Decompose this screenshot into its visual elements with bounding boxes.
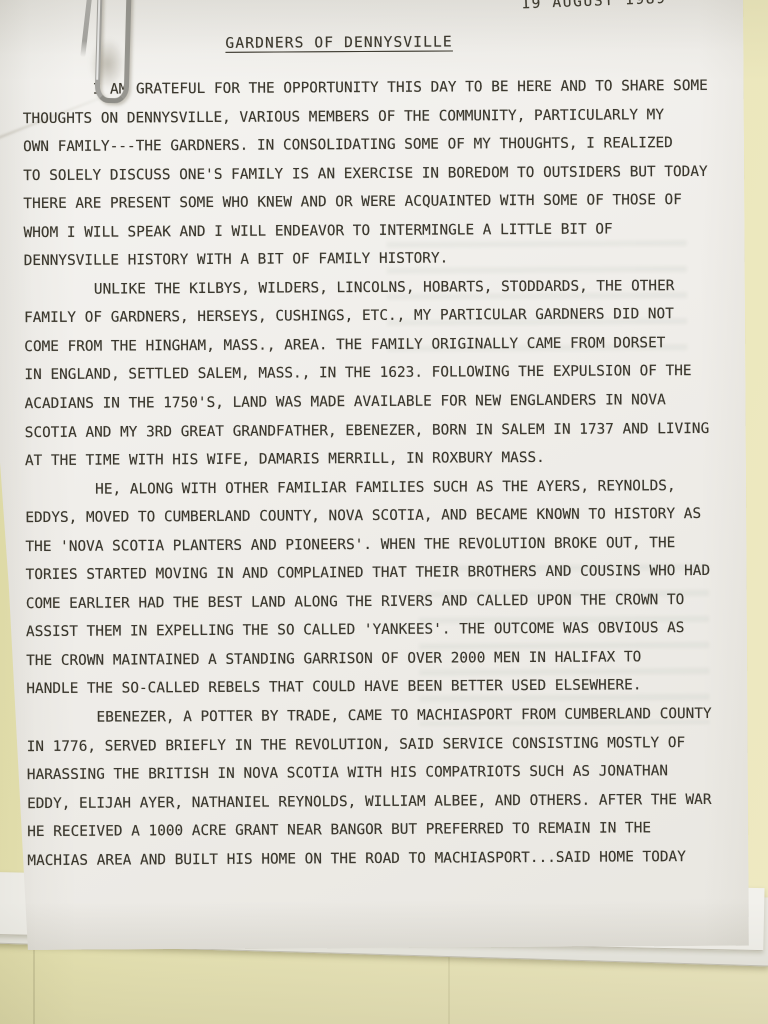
typed-line: IN ENGLAND, SETTLED SALEM, MASS., IN THE… bbox=[24, 357, 730, 390]
typed-line: OWN FAMILY---THE GARDNERS. IN CONSOLIDAT… bbox=[23, 129, 729, 162]
photo-of-document: 19 AUGUST 1989 GARDNERS OF DENNYSVILLE I… bbox=[0, 0, 768, 1024]
document-body: I AM GRATEFUL FOR THE OPPORTUNITY THIS D… bbox=[23, 72, 734, 876]
paragraph: HE, ALONG WITH OTHER FAMILIAR FAMILIES S… bbox=[25, 471, 732, 704]
typed-line: HANDLE THE SO-CALLED REBELS THAT COULD H… bbox=[26, 671, 732, 704]
typed-line: THE 'NOVA SCOTIA PLANTERS AND PIONEERS'.… bbox=[25, 529, 731, 562]
typed-line: EDDY, ELIJAH AYER, NATHANIEL REYNOLDS, W… bbox=[27, 785, 733, 818]
typed-line: ASSIST THEM IN EXPELLING THE SO CALLED '… bbox=[26, 614, 732, 647]
typed-line: HE RECEIVED A 1000 ACRE GRANT NEAR BANGO… bbox=[27, 814, 733, 847]
typed-line: EDDYS, MOVED TO CUMBERLAND COUNTY, NOVA … bbox=[25, 500, 731, 533]
typed-line: DENNYSVILLE HISTORY WITH A BIT OF FAMILY… bbox=[24, 243, 730, 276]
paperclip-inner-loop bbox=[95, 0, 132, 104]
typed-line: ACADIANS IN THE 1750'S, LAND WAS MADE AV… bbox=[25, 386, 731, 419]
typed-line: COME FROM THE HINGHAM, MASS., AREA. THE … bbox=[24, 329, 730, 362]
paperclip-icon bbox=[80, 0, 136, 117]
typed-line: THE CROWN MAINTAINED A STANDING GARRISON… bbox=[26, 643, 732, 676]
typed-line: EBENEZER, A POTTER BY TRADE, CAME TO MAC… bbox=[26, 700, 732, 733]
typed-line: FAMILY OF GARDNERS, HERSEYS, CUSHINGS, E… bbox=[24, 300, 730, 333]
typed-line: IN 1776, SERVED BRIEFLY IN THE REVOLUTIO… bbox=[27, 728, 733, 761]
typed-line: AT THE TIME WITH HIS WIFE, DAMARIS MERRI… bbox=[25, 443, 731, 476]
typed-line: UNLIKE THE KILBYS, WILDERS, LINCOLNS, HO… bbox=[24, 272, 730, 305]
paragraph: EBENEZER, A POTTER BY TRADE, CAME TO MAC… bbox=[26, 700, 733, 876]
typed-line: THERE ARE PRESENT SOME WHO KNEW AND OR W… bbox=[23, 186, 729, 219]
typed-line: HARASSING THE BRITISH IN NOVA SCOTIA WIT… bbox=[27, 757, 733, 790]
typed-line: TORIES STARTED MOVING IN AND COMPLAINED … bbox=[26, 557, 732, 590]
typed-line: MACHIAS AREA AND BUILT HIS HOME ON THE R… bbox=[27, 843, 733, 876]
typed-line: WHOM I WILL SPEAK AND I WILL ENDEAVOR TO… bbox=[23, 215, 729, 248]
typed-line: TO SOLELY DISCUSS ONE'S FAMILY IS AN EXE… bbox=[23, 157, 729, 190]
typed-line: SCOTIA AND MY 3RD GREAT GRANDFATHER, EBE… bbox=[25, 414, 731, 447]
paragraph: UNLIKE THE KILBYS, WILDERS, LINCOLNS, HO… bbox=[24, 272, 731, 476]
typed-line: COME EARLIER HAD THE BEST LAND ALONG THE… bbox=[26, 586, 732, 619]
document-date: 19 AUGUST 1989 bbox=[521, 0, 667, 12]
typed-page: 19 AUGUST 1989 GARDNERS OF DENNYSVILLE I… bbox=[0, 0, 749, 950]
document-title: GARDNERS OF DENNYSVILLE bbox=[225, 33, 452, 51]
typed-line: HE, ALONG WITH OTHER FAMILIAR FAMILIES S… bbox=[25, 471, 731, 504]
